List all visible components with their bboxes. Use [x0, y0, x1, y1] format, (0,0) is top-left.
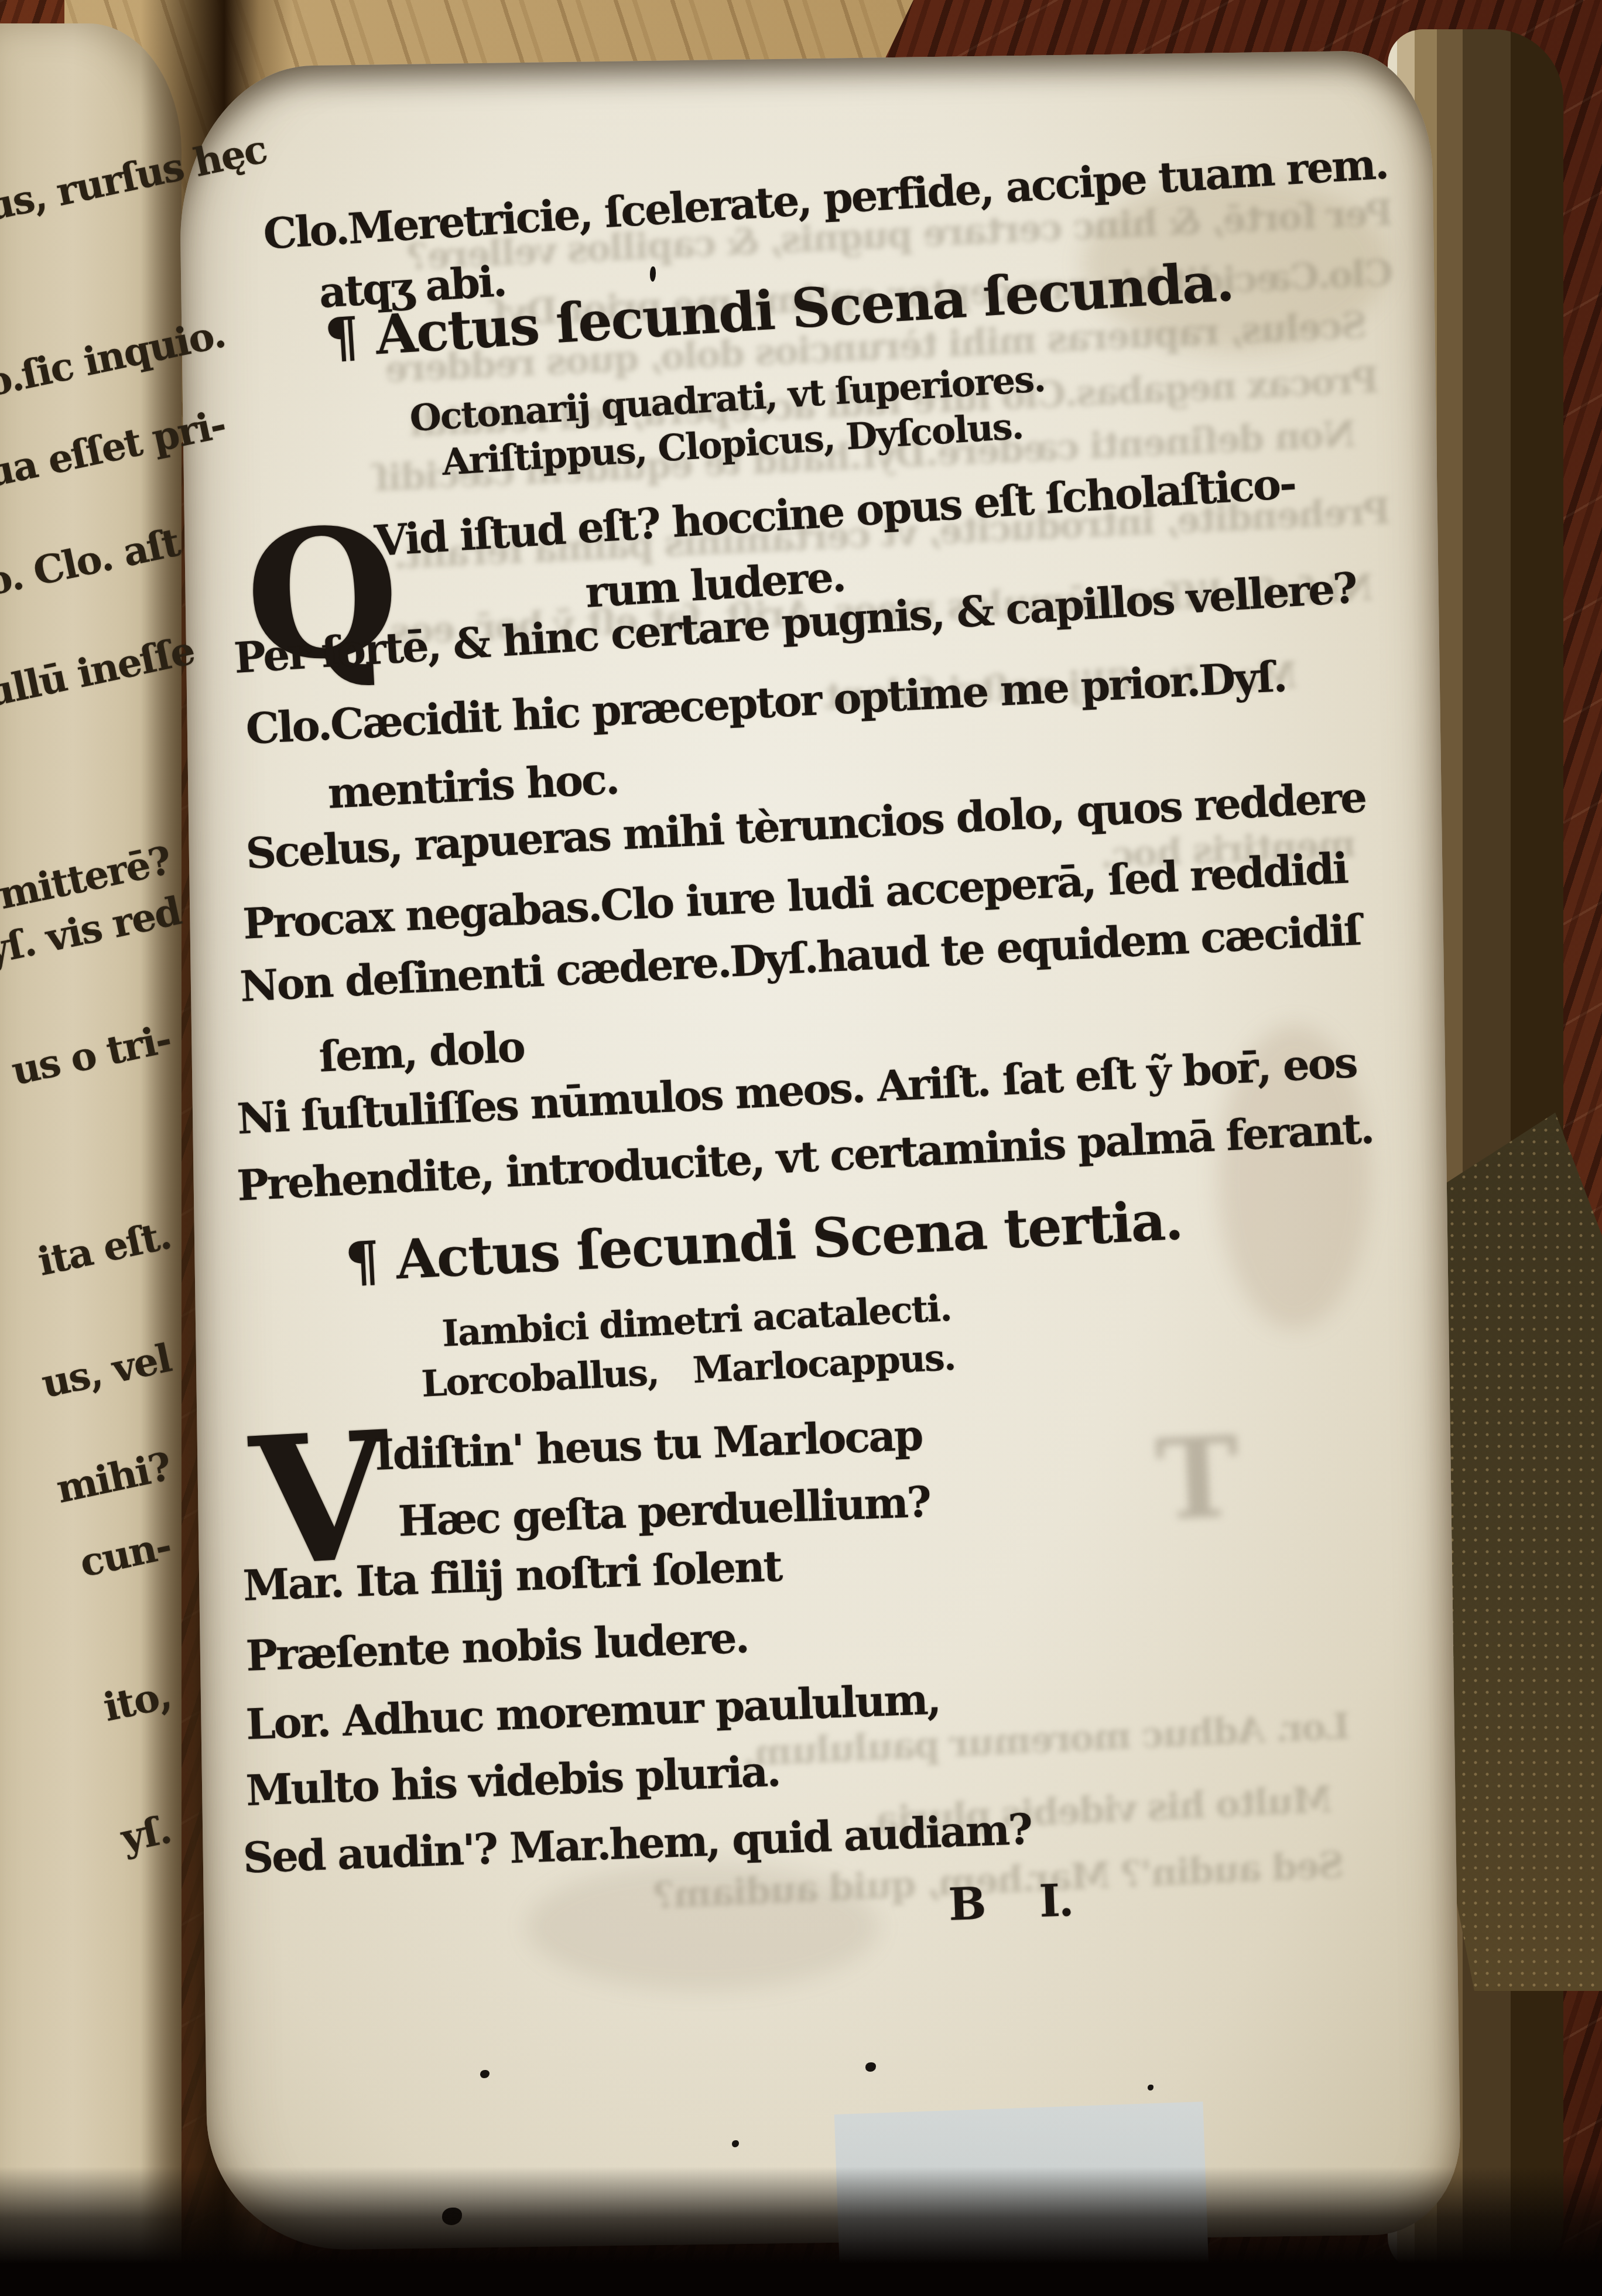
table-shadow — [0, 2167, 1602, 2296]
worn-binding-patch — [1446, 1113, 1602, 1991]
signature-mark: B I. — [948, 1878, 1073, 1927]
text-line: ſem, dolo — [318, 1025, 525, 1078]
book-photograph: Per ſortē, & hinc certare pugnis, & capi… — [0, 0, 1602, 2296]
bleedthrough-drop-cap: T — [1155, 1421, 1241, 1536]
